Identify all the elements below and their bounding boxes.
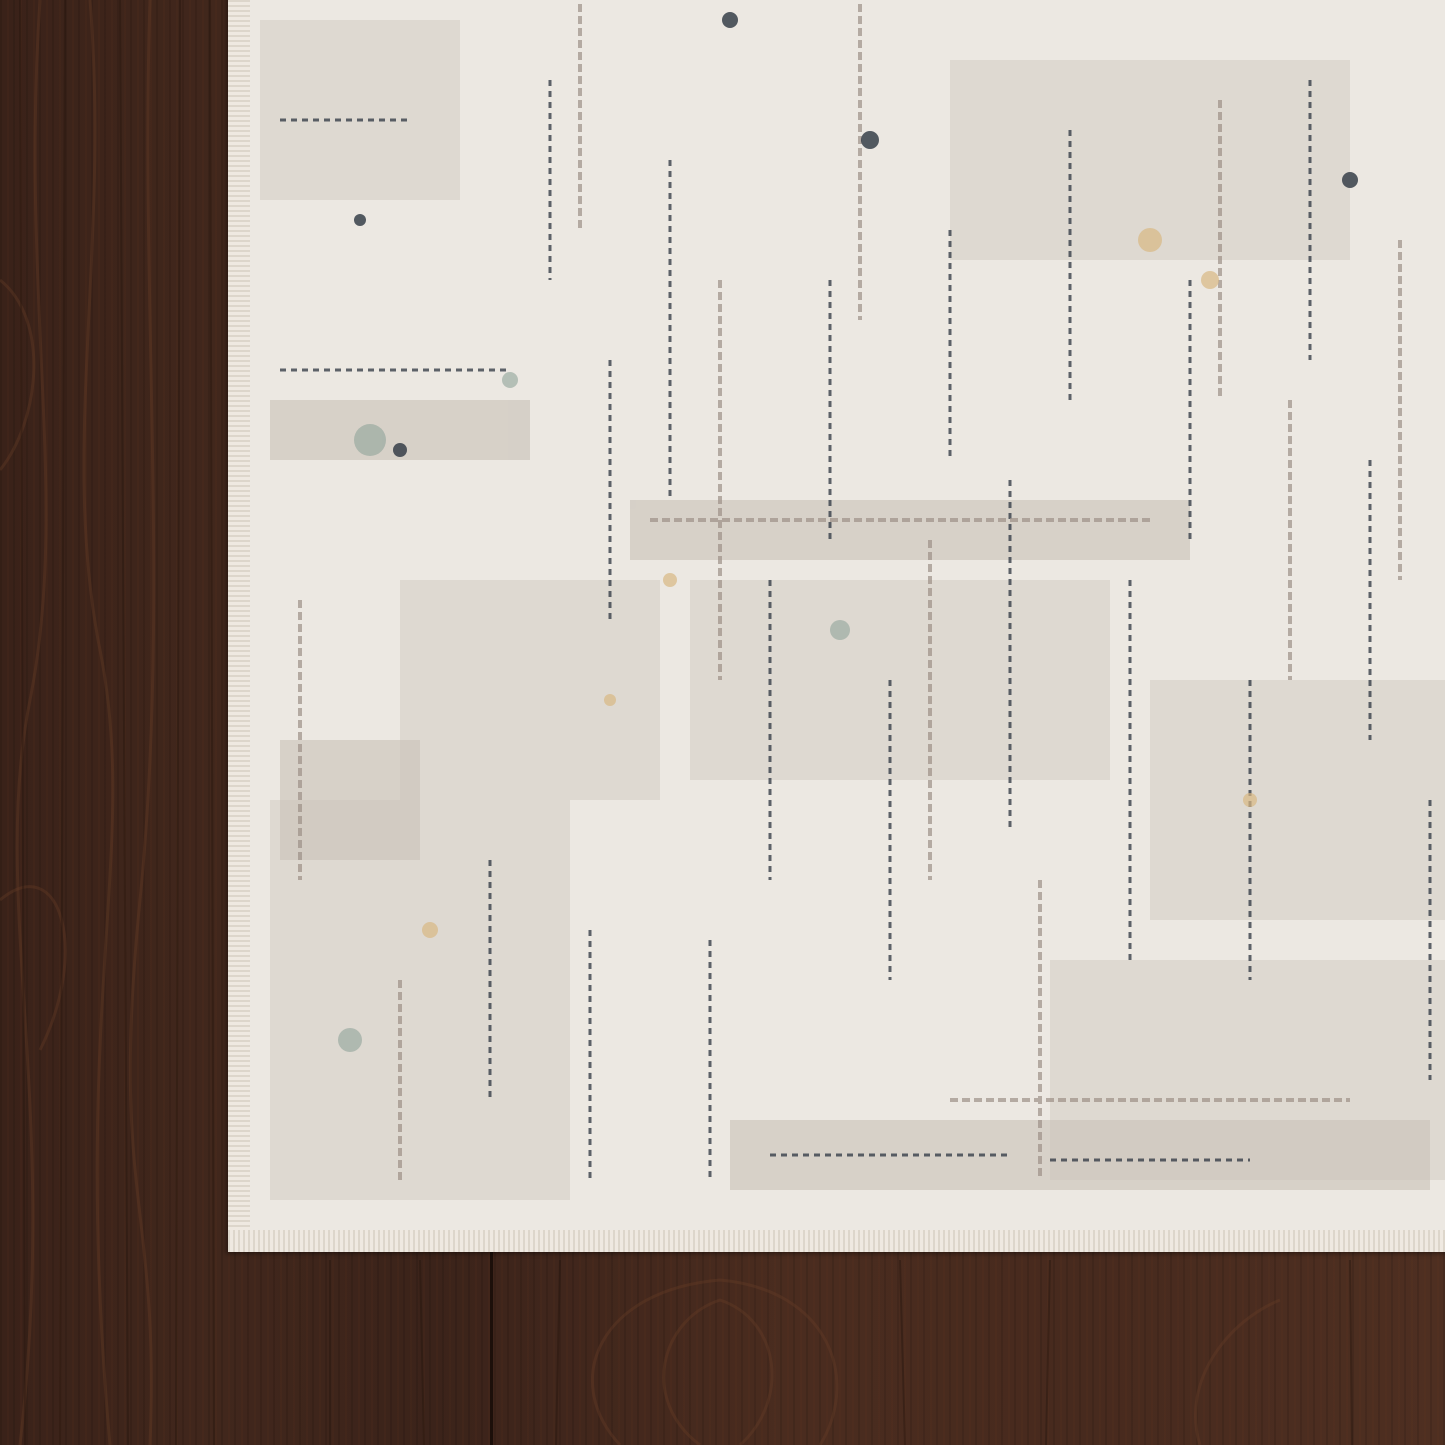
rug-abstract-pattern (250, 0, 1445, 1230)
rug-binding-bottom (228, 1230, 1445, 1252)
floor-board-seam (490, 1250, 493, 1445)
area-rug (228, 0, 1445, 1252)
rug-binding-left (228, 0, 250, 1230)
product-photo (0, 0, 1445, 1445)
